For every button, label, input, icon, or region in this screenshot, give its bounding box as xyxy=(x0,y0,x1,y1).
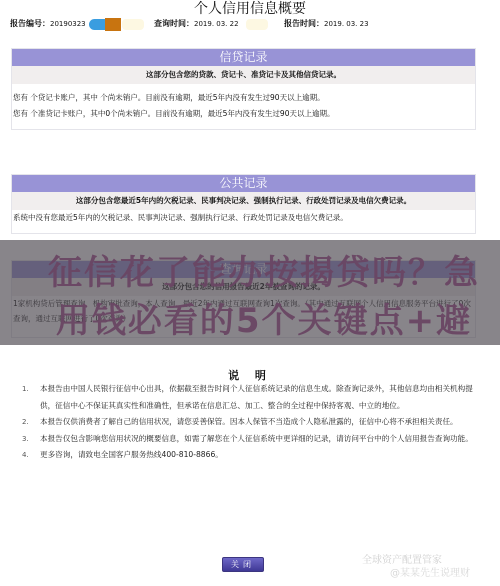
redaction-mark xyxy=(122,19,144,30)
report-time-value: 2019. 03. 23 xyxy=(324,20,369,28)
redaction-mark xyxy=(246,19,268,30)
report-time: 报告时间：2019. 03. 23 xyxy=(284,17,369,31)
watermark-line-2: @某某先生说理财 xyxy=(362,567,500,580)
note-item: 4.更多咨询，请致电全国客户服务热线400-810-8866。 xyxy=(22,447,482,464)
credit-record-section: 信贷记录 这部分包含您的贷款、贷记卡、准贷记卡及其他信贷记录。 您有 个贷记卡账… xyxy=(11,48,476,130)
note-number: 2. xyxy=(22,414,29,431)
notes-list: 1.本报告由中国人民银行征信中心出具，依据截至报告时间个人征信系统记录的信息生成… xyxy=(22,381,482,464)
note-text: 本报告仅供消费者了解自己的信用状况，请您妥善保管。因本人保管不当造成个人隐私泄露… xyxy=(40,417,458,426)
query-time-value: 2019. 03. 22 xyxy=(194,20,239,28)
watermark: 全球资产配置管家 @某某先生说理财 xyxy=(362,554,500,580)
section-title: 公共记录 xyxy=(12,175,475,192)
redaction-mark xyxy=(89,19,105,30)
section-subtitle: 这部分包含您最近5年内的欠税记录、民事判决记录、强制执行记录、行政处罚记录及电信… xyxy=(12,192,475,210)
report-meta: 报告编号：20190323 查询时间：2019. 03. 22 报告时间：201… xyxy=(10,17,490,31)
overlay-headline-line-1: 征信花了能办按揭贷吗？急 xyxy=(14,254,500,292)
public-record-line: 系统中没有您最近5年内的欠税记录、民事判决记录、强制执行记录、行政处罚记录及电信… xyxy=(13,210,475,226)
note-text: 更多咨询，请致电全国客户服务热线400-810-8866。 xyxy=(40,450,223,459)
section-body: 系统中没有您最近5年内的欠税记录、民事判决记录、强制执行记录、行政处罚记录及电信… xyxy=(12,210,475,226)
note-text: 本报告由中国人民银行征信中心出具，依据截至报告时间个人征信系统记录的信息生成。除… xyxy=(40,384,473,410)
watermark-line-1: 全球资产配置管家 xyxy=(362,554,500,567)
semi-credit-card-line: 您有 个准贷记卡账户，其中0个尚未销户。目前没有逾期，最近5年内没有发生过90天… xyxy=(13,106,475,122)
page-title: 个人信用信息概要 xyxy=(0,0,500,18)
query-time: 查询时间：2019. 03. 22 xyxy=(154,17,239,31)
report-no-label: 报告编号： xyxy=(10,19,50,28)
credit-card-line: 您有 个贷记卡账户，其中 个尚未销户。目前没有逾期，最近5年内没有发生过90天以… xyxy=(13,90,475,106)
overlay-headline-line-2: 用钱必看的5个关键点+避 xyxy=(14,302,500,340)
note-text: 本报告仅包含影响您信用状况的概要信息，如需了解您在个人征信系统中更详细的记录，请… xyxy=(40,434,473,443)
note-number: 3. xyxy=(22,431,29,448)
note-number: 1. xyxy=(22,381,29,398)
note-item: 3.本报告仅包含影响您信用状况的概要信息，如需了解您在个人征信系统中更详细的记录… xyxy=(22,431,482,448)
note-item: 1.本报告由中国人民银行征信中心出具，依据截至报告时间个人征信系统记录的信息生成… xyxy=(22,381,482,414)
public-record-section: 公共记录 这部分包含您最近5年内的欠税记录、民事判决记录、强制执行记录、行政处罚… xyxy=(11,174,476,234)
section-subtitle: 这部分包含您的贷款、贷记卡、准贷记卡及其他信贷记录。 xyxy=(12,66,475,84)
report-time-label: 报告时间： xyxy=(284,19,324,28)
report-no: 报告编号：20190323 xyxy=(10,17,86,31)
note-number: 4. xyxy=(22,447,29,464)
section-body: 您有 个贷记卡账户，其中 个尚未销户。目前没有逾期，最近5年内没有发生过90天以… xyxy=(12,84,475,122)
report-no-value: 20190323 xyxy=(50,20,86,28)
redaction-mark xyxy=(105,18,121,31)
query-time-label: 查询时间： xyxy=(154,19,194,28)
section-title: 信贷记录 xyxy=(12,49,475,66)
note-item: 2.本报告仅供消费者了解自己的信用状况，请您妥善保管。因本人保管不当造成个人隐私… xyxy=(22,414,482,431)
close-button[interactable]: 关闭 xyxy=(222,557,264,572)
